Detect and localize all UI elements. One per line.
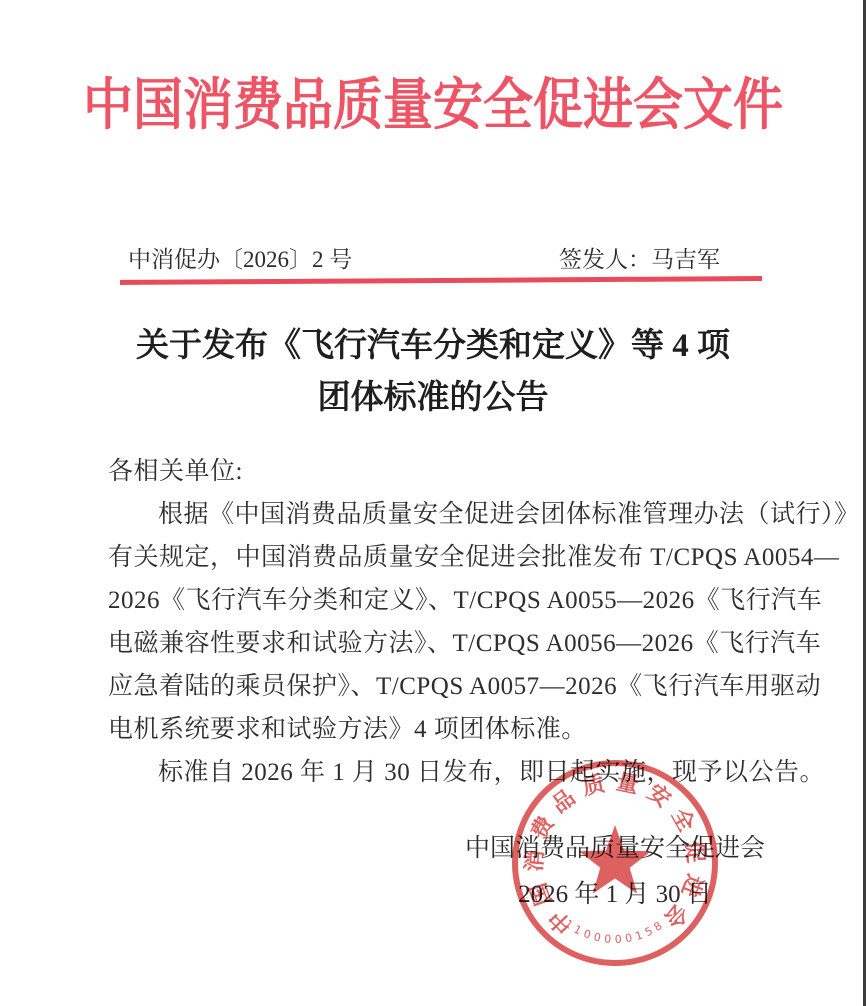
body-line: 有关规定，中国消费品质量安全促进会批准发布 T/CPQS A0054— <box>108 536 768 579</box>
signature-organization: 中国消费品质量安全促进会 <box>462 826 768 872</box>
document-info-row: 中消促办〔2026〕2 号 签发人：马吉军 <box>128 241 720 274</box>
announcement-title-line2: 团体标准的公告 <box>0 372 866 424</box>
document-number: 中消促办〔2026〕2 号 <box>128 241 352 274</box>
body-line: 根据《中国消费品质量安全促进会团体标准管理办法（试行）》 <box>108 493 768 536</box>
body-line: 应急着陆的乘员保护》、T/CPQS A0057—2026《飞行汽车用驱动 <box>108 665 768 708</box>
announcement-title-line1: 关于发布《飞行汽车分类和定义》等 4 项 <box>0 320 866 372</box>
signature-block: 中国消费品质量安全促进会 2026 年 1 月 30 日 <box>462 826 768 918</box>
document-body: 各相关单位: 根据《中国消费品质量安全促进会团体标准管理办法（试行）》 有关规定… <box>108 450 768 794</box>
signature-date: 2026 年 1 月 30 日 <box>462 872 768 918</box>
document-issuer: 签发人：马吉军 <box>559 241 720 274</box>
body-salutation: 各相关单位: <box>108 450 768 493</box>
body-line: 2026《飞行汽车分类和定义》、T/CPQS A0055—2026《飞行汽车 <box>108 579 768 622</box>
document-masthead-title: 中国消费品质量安全促进会文件 <box>0 60 866 141</box>
body-line: 标准自 2026 年 1 月 30 日发布，即日起实施，现予以公告。 <box>108 751 768 794</box>
body-line: 电磁兼容性要求和试验方法》、T/CPQS A0056—2026《飞行汽车 <box>108 622 768 665</box>
seal-serial-number: 1100000158 <box>562 917 668 946</box>
announcement-title: 关于发布《飞行汽车分类和定义》等 4 项 团体标准的公告 <box>0 320 866 424</box>
scanned-official-document: 中国消费品质量安全促进会文件 中消促办〔2026〕2 号 签发人：马吉军 关于发… <box>0 0 866 1006</box>
body-line: 电机系统要求和试验方法》4 项团体标准。 <box>108 708 768 751</box>
red-divider-line <box>120 276 762 285</box>
